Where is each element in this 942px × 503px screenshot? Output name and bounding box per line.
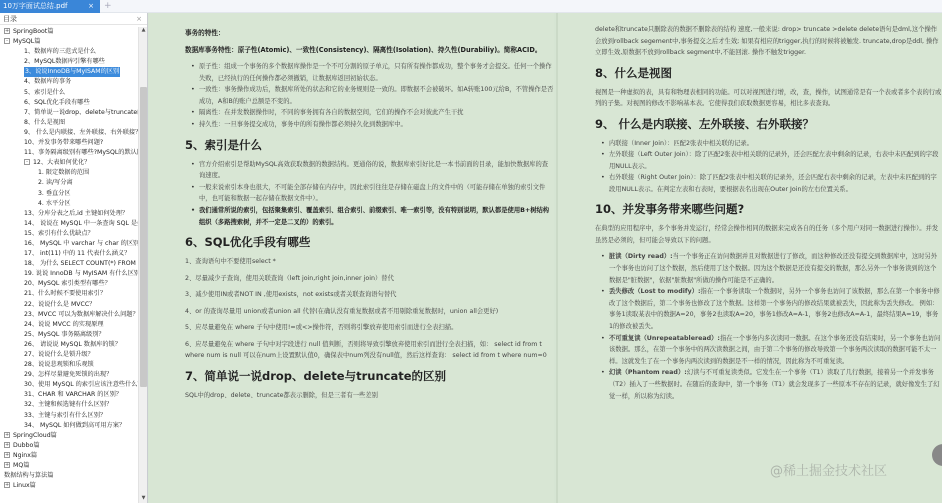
outline-item[interactable]: 32、主键和候选键有什么区别？ bbox=[0, 400, 138, 410]
tab-pdf-document[interactable]: 10万字面试总结.pdf × bbox=[0, 0, 100, 13]
outline-item[interactable]: 11、事务隔离级别有哪些?MySQL的默认隔离级别是? bbox=[0, 148, 138, 158]
outline-item[interactable]: 2、MySQL数据库引擎有哪些 bbox=[0, 57, 138, 67]
outline-item-label: 7、简单说一说drop、delete与truncate的区别 bbox=[24, 108, 138, 118]
outline-item-label: 17、 int(11) 中的 11 代表什么涵义？ bbox=[24, 249, 130, 259]
pdf-page-right: delete和truncate只删除表的数据不删除表的结构 速度,一般来说: d… bbox=[556, 13, 942, 503]
outline-item-label: 4、数据库的事务 bbox=[24, 77, 71, 87]
outline-item-label: 31、CHAR 和 VARCHAR 的区别？ bbox=[24, 390, 122, 400]
drop-intro: SQL中的drop、delete、truncate都表示删除，但是三者有一些差别 bbox=[185, 390, 554, 402]
index-list: 官方介绍索引是帮助MySQL高效获取数据的数据结构。更通俗的说，数据库索引好比是… bbox=[199, 159, 554, 229]
outline-item-label: 1、数据库的三范式是什么 bbox=[24, 47, 96, 57]
collapse-icon[interactable]: - bbox=[4, 38, 10, 44]
outline-item[interactable]: 29、怎样尽量避免死锁的出现？ bbox=[0, 370, 138, 380]
section-heading-5: 5、索引是什么 bbox=[185, 138, 554, 152]
outline-item[interactable]: 16、 MySQL 中 varchar 与 char 的区别？ bbox=[0, 239, 138, 249]
outline-item-label: 21、什么时候不要使用索引？ bbox=[24, 289, 106, 299]
outline-item[interactable]: 2. 读/写分离 bbox=[0, 178, 138, 188]
outline-item[interactable]: 6、SQL优化手段有哪些 bbox=[0, 98, 138, 108]
outline-item[interactable]: 19. 说说 InnoDB 与 MyISAM 有什么区别？ bbox=[0, 269, 138, 279]
outline-item-label: 14、 说说在 MySQL 中一条查询 SQL 是如何执行的？ bbox=[24, 219, 138, 229]
outline-item[interactable]: 15、索引有什么优缺点？ bbox=[0, 229, 138, 239]
outline-item[interactable]: 25、MySQL 事务隔离级别？ bbox=[0, 330, 138, 340]
outline-item-label: Linux篇 bbox=[13, 481, 36, 491]
concurrency-intro: 在典型的应用程序中，多个事务并发运行，经常会操作相同的数据来完成各自的任务（多个… bbox=[595, 223, 942, 246]
outline-item[interactable]: 5、索引是什么 bbox=[0, 88, 138, 98]
outline-item[interactable]: +SpringCloud篇 bbox=[0, 431, 138, 441]
tab-bar: 10万字面试总结.pdf × + bbox=[0, 0, 942, 13]
section-heading-6: 6、SQL优化手段有哪些 bbox=[185, 235, 554, 249]
outline-item-label: 3、说说InnoDB与MyISAM的区别 bbox=[24, 67, 120, 77]
list-item: 内联接（Inner Join）：匹配2张表中相关联的记录。 bbox=[609, 138, 942, 150]
drop-delete-truncate-text: delete和truncate只删除表的数据不删除表的结构 速度,一般来说: d… bbox=[595, 24, 942, 59]
scroll-down-arrow-icon[interactable]: ▼ bbox=[139, 495, 148, 503]
outline-item-label: SpringCloud篇 bbox=[13, 431, 57, 441]
outline-item[interactable]: +SpringBoot篇 bbox=[0, 27, 138, 37]
list-item: 隔离性：在并发数据操作时，不同的事务拥有各自的数据空间，它们的操作不会对彼此产生… bbox=[199, 107, 554, 119]
outline-item-label: 15、索引有什么优缺点？ bbox=[24, 229, 94, 239]
outline-item-label: 数据结构与算法篇 bbox=[4, 471, 54, 481]
outline-item-label: 9、 什么是内联接、左外联接、右外联接？ bbox=[24, 128, 138, 138]
section-heading-9: 9、 什么是内联接、左外联接、右外联接？ bbox=[595, 117, 942, 131]
collapse-icon[interactable]: - bbox=[24, 159, 30, 165]
outline-item-label: 24、说说 MVCC 的实现原理 bbox=[24, 320, 104, 330]
list-item: 脏读（Dirty read）:当一个事务正在访问数据并且对数据进行了修改，而这种… bbox=[609, 251, 942, 286]
outline-item-label: 2. 读/写分离 bbox=[38, 178, 73, 188]
outline-item-label: 25、MySQL 事务隔离级别？ bbox=[24, 330, 105, 340]
outline-item-label: 27、说说什么是锁升级？ bbox=[24, 350, 94, 360]
outline-item-label: 26、 请说说 MySQL 数据库的锁？ bbox=[24, 340, 121, 350]
outline-item[interactable]: 1、数据库的三范式是什么 bbox=[0, 47, 138, 57]
outline-item-label: 12、大表如何优化？ bbox=[33, 158, 90, 168]
outline-item-label: 1. 限定数据的范围 bbox=[38, 168, 89, 178]
section-heading-8: 8、什么是视图 bbox=[595, 66, 942, 80]
outline-item-label: MQ篇 bbox=[13, 461, 29, 471]
pdf-page-left: 事务的特性： 数据库事务特性：原子性(Atomic)、一致性(Consisten… bbox=[149, 13, 554, 503]
outline-item[interactable]: 27、说说什么是锁升级？ bbox=[0, 350, 138, 360]
outline-item-label: 2、MySQL数据库引擎有哪些 bbox=[24, 57, 105, 67]
outline-item-label: 20、MySQL 索引类型有哪些？ bbox=[24, 279, 111, 289]
outline-item[interactable]: 20、MySQL 索引类型有哪些？ bbox=[0, 279, 138, 289]
outline-item[interactable]: 3、说说InnoDB与MyISAM的区别 bbox=[0, 67, 138, 77]
tx-properties-heading: 事务的特性： bbox=[185, 27, 554, 39]
list-item: 一般来说索引本身也很大，不可能全部存储在内存中，因此索引往往是存储在磁盘上的文件… bbox=[199, 182, 554, 205]
sql-tip: 2、尽量减少子查询，使用关联查询（left join,right join,in… bbox=[185, 273, 554, 285]
list-item: 幻读（Phantom read）:幻读与不可重复读类似。它发生在一个事务（T1）… bbox=[609, 367, 942, 402]
outline-item[interactable]: 22、说说什么是 MVCC？ bbox=[0, 300, 138, 310]
outline-item-label: 16、 MySQL 中 varchar 与 char 的区别？ bbox=[24, 239, 138, 249]
outline-item[interactable]: +MQ篇 bbox=[0, 461, 138, 471]
outline-item-label: 22、说说什么是 MVCC？ bbox=[24, 300, 95, 310]
new-tab-button[interactable]: + bbox=[104, 0, 112, 13]
sql-tip: 6、应尽量避免在 where 子句中对字段进行 null 值判断，否则将导致引擎… bbox=[185, 339, 554, 362]
outline-item-label: 19. 说说 InnoDB 与 MyISAM 有什么区别？ bbox=[24, 269, 138, 279]
outline-item[interactable]: 34、 MySQL 如何做到高可用方案？ bbox=[0, 421, 138, 431]
list-item: 持久性：一旦事务提交成功，事务中的所有操作都必须持久化到数据库中。 bbox=[199, 119, 554, 131]
list-item: 原子性：组成一个事务的多个数据库操作是一个不可分割的原子单元，只有所有操作都成功… bbox=[199, 61, 554, 84]
outline-item-label: 29、怎样尽量避免死锁的出现？ bbox=[24, 370, 112, 380]
outline-item[interactable]: 10、并发事务带来哪些问题? bbox=[0, 138, 138, 148]
outline-item-label: 4. 水平分区 bbox=[38, 199, 71, 209]
issue-term: 不可重复读（Unrepeatableread）: bbox=[609, 335, 720, 342]
scroll-thumb[interactable] bbox=[140, 87, 147, 387]
outline-item-label: Nginx篇 bbox=[13, 451, 37, 461]
outline-item[interactable]: 9、 什么是内联接、左外联接、右外联接？ bbox=[0, 128, 138, 138]
outline-item-label: Dubbo篇 bbox=[13, 441, 40, 451]
outline-item[interactable]: 21、什么时候不要使用索引？ bbox=[0, 289, 138, 299]
outline-item[interactable]: +Nginx篇 bbox=[0, 451, 138, 461]
outline-item-label: 3. 垂直分区 bbox=[38, 189, 71, 199]
expand-icon[interactable]: + bbox=[4, 462, 10, 468]
outline-item-label: 30、使用 MySQL 的索引应该注意些什么？ bbox=[24, 380, 138, 390]
list-item: 右外联接（Right Outer Join）：除了匹配2张表中相关联的记录外，还… bbox=[609, 172, 942, 195]
list-item: 左外联接（Left Outer Join）：除了匹配2张表中相关联的记录外，还会… bbox=[609, 149, 942, 172]
outline-item-label: 33、主键与索引有什么区别？ bbox=[24, 411, 106, 421]
issue-term: 丢失修改（Lost to modify）: bbox=[609, 288, 701, 295]
outline-item[interactable]: 33、主键与索引有什么区别？ bbox=[0, 411, 138, 421]
outline-item[interactable]: 8、什么是视图 bbox=[0, 118, 138, 128]
tab-title: 10万字面试总结.pdf bbox=[3, 2, 67, 10]
view-text: 视图是一种虚拟的表，具有和物理表相同的功能。可以对视图进行增，改，查，操作，试图… bbox=[595, 87, 942, 110]
outline-tree: +SpringBoot篇-MySQL篇1、数据库的三范式是什么2、MySQL数据… bbox=[0, 27, 138, 503]
outline-item[interactable]: 18、 为什么 SELECT COUNT(*) FROM table 在 Inn… bbox=[0, 259, 138, 269]
outline-item-label: 13、分库分表之后,id 主键如何处理？ bbox=[24, 209, 128, 219]
sql-tip: 5、应尽量避免在 where 子句中使用!=或<>操作符，否则将引擎放弃使用索引… bbox=[185, 322, 554, 334]
watermark: @稀土掘金技术社区 bbox=[770, 460, 887, 479]
sql-tip: 4、or 的查询尽量用 union或者union all 代替(在确认没有重复数… bbox=[185, 306, 554, 318]
expand-icon[interactable]: + bbox=[4, 442, 10, 448]
outline-item[interactable]: 7、简单说一说drop、delete与truncate的区别 bbox=[0, 108, 138, 118]
outline-item[interactable]: +Dubbo篇 bbox=[0, 441, 138, 451]
scroll-up-arrow-icon[interactable]: ▲ bbox=[139, 27, 148, 35]
issue-term: 幻读（Phantom read）: bbox=[609, 369, 687, 376]
list-item: 一致性：事务操作成功后，数据库所处的状态和它的业务规则是一致的。即数据不会被破坏… bbox=[199, 84, 554, 107]
expand-icon[interactable]: + bbox=[4, 482, 10, 488]
list-item: 官方介绍索引是帮助MySQL高效获取数据的数据结构。更通俗的说，数据库索引好比是… bbox=[199, 159, 554, 182]
outline-item[interactable]: -MySQL篇 bbox=[0, 37, 138, 47]
outline-item[interactable]: -12、大表如何优化？ bbox=[0, 158, 138, 168]
outline-header: 目录 × bbox=[0, 13, 147, 25]
outline-item-label: 32、主键和候选键有什么区别？ bbox=[24, 400, 112, 410]
outline-item-label: 34、 MySQL 如何做到高可用方案？ bbox=[24, 421, 125, 431]
outline-item-label: SpringBoot篇 bbox=[13, 27, 53, 37]
outline-item[interactable]: 26、 请说说 MySQL 数据库的锁？ bbox=[0, 340, 138, 350]
expand-icon[interactable]: + bbox=[4, 452, 10, 458]
acid-definition: 数据库事务特性：原子性(Atomic)、一致性(Consistency)、隔离性… bbox=[185, 44, 554, 56]
outline-item[interactable]: 31、CHAR 和 VARCHAR 的区别？ bbox=[0, 390, 138, 400]
list-item: 不可重复读（Unrepeatableread）:指在一个事务内多次读同一数据。在… bbox=[609, 333, 942, 368]
expand-icon[interactable]: + bbox=[4, 432, 10, 438]
close-tab-icon[interactable]: × bbox=[88, 0, 94, 13]
outline-title: 目录 bbox=[3, 15, 17, 23]
outline-item-label: MySQL篇 bbox=[13, 37, 40, 47]
outline-item[interactable]: 14、 说说在 MySQL 中一条查询 SQL 是如何执行的？ bbox=[0, 219, 138, 229]
outline-item[interactable]: 23、MVCC 可以为数据库解决什么问题？ bbox=[0, 310, 138, 320]
expand-icon[interactable]: + bbox=[4, 28, 10, 34]
outline-sidebar: 目录 × +SpringBoot篇-MySQL篇1、数据库的三范式是什么2、My… bbox=[0, 13, 148, 503]
outline-item[interactable]: 1. 限定数据的范围 bbox=[0, 168, 138, 178]
outline-item-label: 11、事务隔离级别有哪些?MySQL的默认隔离级别是? bbox=[24, 148, 138, 158]
section-heading-7: 7、简单说一说drop、delete与truncate的区别 bbox=[185, 369, 554, 383]
sql-tip: 3、减少使用IN或者NOT IN ,使用exists，not exists或者关… bbox=[185, 289, 554, 301]
outline-item-label: 23、MVCC 可以为数据库解决什么问题？ bbox=[24, 310, 138, 320]
issue-term: 脏读（Dirty read）: bbox=[609, 253, 673, 260]
close-outline-icon[interactable]: × bbox=[136, 13, 142, 25]
outline-item-label: 8、什么是视图 bbox=[24, 118, 65, 128]
outline-item[interactable]: 30、使用 MySQL 的索引应该注意些什么？ bbox=[0, 380, 138, 390]
outline-item-label: 10、并发事务带来哪些问题? bbox=[24, 138, 103, 148]
outline-item[interactable]: 28、说说悲观锁和乐观锁 bbox=[0, 360, 138, 370]
outline-item-label: 6、SQL优化手段有哪些 bbox=[24, 98, 90, 108]
join-list: 内联接（Inner Join）：匹配2张表中相关联的记录。 左外联接（Left … bbox=[609, 138, 942, 196]
acid-list: 原子性：组成一个事务的多个数据库操作是一个不可分割的原子单元，只有所有操作都成功… bbox=[199, 61, 554, 131]
outline-scrollbar[interactable]: ▲ ▼ bbox=[138, 27, 147, 503]
outline-item[interactable]: 24、说说 MVCC 的实现原理 bbox=[0, 320, 138, 330]
sql-tip: 1、查询语句中不要使用select * bbox=[185, 256, 554, 268]
outline-item[interactable]: 3. 垂直分区 bbox=[0, 189, 138, 199]
list-item: 丢失修改（Lost to modify）:指在一个事务读取一个数据时，另外一个事… bbox=[609, 286, 942, 332]
outline-item[interactable]: +Linux篇 bbox=[0, 481, 138, 491]
outline-item-label: 5、索引是什么 bbox=[24, 88, 65, 98]
section-heading-10: 10、并发事务带来哪些问题? bbox=[595, 202, 942, 216]
outline-item[interactable]: 13、分库分表之后,id 主键如何处理？ bbox=[0, 209, 138, 219]
outline-item[interactable]: 4、数据库的事务 bbox=[0, 77, 138, 87]
outline-item-label: 18、 为什么 SELECT COUNT(*) FROM table 在 Inn… bbox=[24, 259, 138, 269]
outline-item-label: 28、说说悲观锁和乐观锁 bbox=[24, 360, 94, 370]
outline-item[interactable]: 17、 int(11) 中的 11 代表什么涵义？ bbox=[0, 249, 138, 259]
concurrency-issues-list: 脏读（Dirty read）:当一个事务正在访问数据并且对数据进行了修改，而这种… bbox=[609, 251, 942, 402]
outline-item[interactable]: 数据结构与算法篇 bbox=[0, 471, 138, 481]
list-item: 我们通常所说的索引，包括聚集索引、覆盖索引、组合索引、前缀索引、唯一索引等，没有… bbox=[199, 205, 554, 228]
outline-item[interactable]: 4. 水平分区 bbox=[0, 199, 138, 209]
